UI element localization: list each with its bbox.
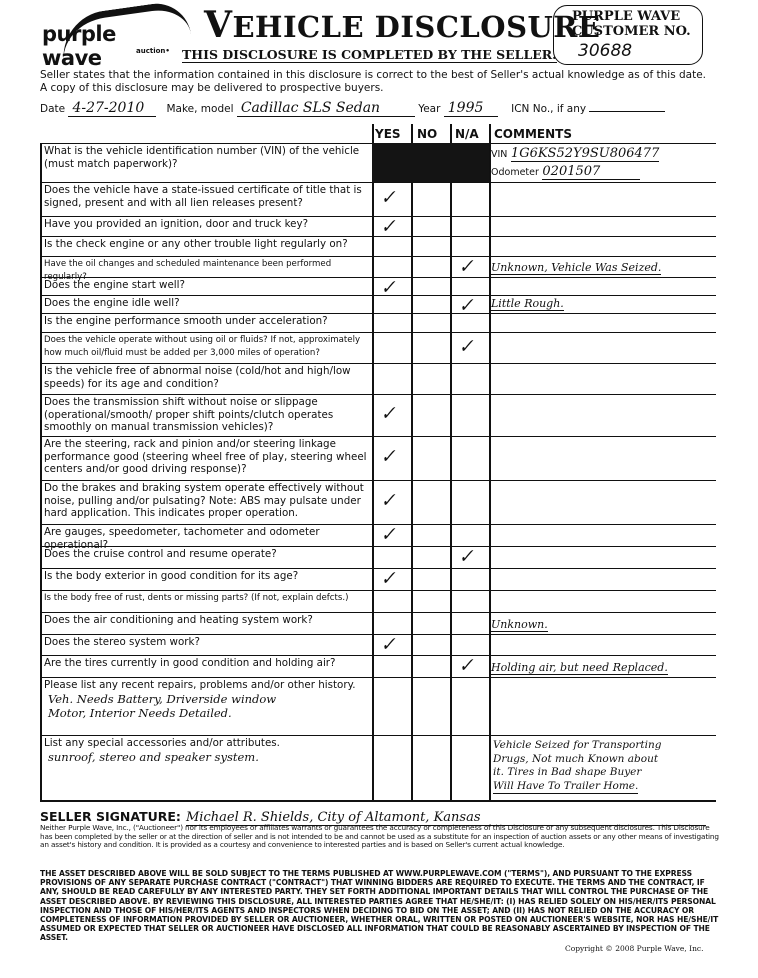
answer-cell-yes[interactable]: ✓	[372, 568, 411, 590]
answer-cell-no[interactable]	[411, 277, 450, 295]
accessories-row: List any special accessories and/or attr…	[40, 735, 716, 802]
comment-field[interactable]: Unknown, Vehicle Was Seized.	[491, 261, 661, 275]
answer-cell-yes[interactable]	[372, 612, 411, 634]
question-text: Are the steering, rack and pinion and/or…	[44, 438, 370, 476]
answer-cell-na[interactable]: ✓	[450, 546, 489, 568]
terms-text: THE ASSET DESCRIBED ABOVE WILL BE SOLD S…	[40, 869, 720, 943]
checkmark-icon: ✓	[458, 255, 478, 278]
answer-cell-na	[450, 143, 489, 182]
checkmark-icon: ✓	[458, 654, 478, 677]
answer-cell-na[interactable]	[450, 590, 489, 612]
answer-cell-na[interactable]: ✓	[450, 256, 489, 277]
vin-field[interactable]: 1G6KS52Y9SU806477	[511, 146, 659, 162]
odometer-label: Odometer	[491, 167, 539, 178]
answer-cell-na[interactable]	[450, 612, 489, 634]
make-model-label: Make, model	[166, 103, 233, 115]
page-subtitle: THIS DISCLOSURE IS COMPLETED BY THE SELL…	[182, 47, 557, 63]
table-row: Are the steering, rack and pinion and/or…	[40, 436, 716, 481]
question-text: Does the air conditioning and heating sy…	[44, 614, 370, 627]
intro-statement: Seller states that the information conta…	[40, 69, 758, 94]
table-header-row	[40, 124, 716, 144]
answer-cell-na[interactable]	[450, 436, 489, 480]
table-row: Does the vehicle operate without using o…	[40, 332, 716, 364]
checkmark-icon: ✓	[458, 545, 478, 568]
answer-cell-yes[interactable]	[372, 256, 411, 277]
question-text: What is the vehicle identification numbe…	[44, 145, 370, 170]
answer-cell-yes[interactable]	[372, 546, 411, 568]
checkmark-icon: ✓	[380, 567, 400, 590]
purple-wave-logo: purple wave auction•	[40, 8, 180, 58]
answer-cell-no[interactable]	[411, 546, 450, 568]
comment-field[interactable]: Holding air, but need Replaced.	[491, 661, 668, 675]
question-text: Does the transmission shift without nois…	[44, 396, 370, 434]
answer-cell-yes[interactable]: ✓	[372, 524, 411, 546]
vin-entry: VIN 1G6KS52Y9SU806477	[491, 146, 659, 161]
answer-cell-yes[interactable]	[372, 655, 411, 677]
table-row: Does the vehicle have a state-issued cer…	[40, 182, 716, 217]
table-row: Is the body free of rust, dents or missi…	[40, 590, 716, 613]
answer-cell-no[interactable]	[411, 590, 450, 612]
table-row: Does the air conditioning and heating sy…	[40, 612, 716, 635]
vin-label: VIN	[491, 149, 507, 160]
answer-cell-yes[interactable]	[372, 236, 411, 256]
customer-box-label-2: CUSTOMER NO.	[572, 24, 691, 39]
answer-cell-yes[interactable]: ✓	[372, 634, 411, 655]
answer-cell-no[interactable]	[411, 612, 450, 634]
answer-cell-no[interactable]	[411, 394, 450, 436]
answer-cell-yes[interactable]: ✓	[372, 182, 411, 216]
logo-subtext: auction•	[136, 47, 170, 55]
table-row: Have the oil changes and scheduled maint…	[40, 256, 716, 278]
customer-number-field[interactable]: 30688	[578, 41, 632, 61]
icn-field[interactable]	[589, 111, 665, 112]
question-text: Does the vehicle operate without using o…	[44, 334, 370, 359]
answer-cell-na[interactable]	[450, 568, 489, 590]
table-row: Does the transmission shift without nois…	[40, 394, 716, 437]
answer-cell-na[interactable]	[450, 394, 489, 436]
disclaimer-text: Neither Purple Wave, Inc., ("Auctioneer"…	[40, 824, 720, 850]
question-text: Is the body free of rust, dents or missi…	[44, 592, 370, 605]
copyright-text: Copyright © 2008 Purple Wave, Inc.	[565, 944, 704, 953]
answer-cell-no[interactable]	[411, 256, 450, 277]
answer-cell-na[interactable]	[450, 524, 489, 546]
answer-cell-no[interactable]	[411, 295, 450, 313]
question-text: Does the engine start well?	[44, 279, 370, 292]
checkmark-icon: ✓	[380, 633, 400, 656]
repairs-label: Please list any recent repairs, problems…	[44, 679, 370, 692]
question-text: Does the cruise control and resume opera…	[44, 548, 370, 561]
page-title: VEHICLE DISCLOSURE	[204, 4, 601, 46]
question-text: Is the engine performance smooth under a…	[44, 315, 370, 328]
answer-cell-na[interactable]	[450, 236, 489, 256]
answer-cell-na[interactable]	[450, 634, 489, 655]
answer-cell-yes[interactable]	[372, 590, 411, 612]
accessories-comment-field[interactable]: Vehicle Seized for TransportingDrugs, No…	[493, 739, 661, 794]
answer-cell-no[interactable]	[411, 524, 450, 546]
answer-cell-no[interactable]	[411, 655, 450, 677]
answer-cell-no[interactable]	[411, 236, 450, 256]
table-row: Are gauges, speedometer, tachometer and …	[40, 524, 716, 547]
question-text: Are the tires currently in good conditio…	[44, 657, 370, 670]
table-row: Do the brakes and braking system operate…	[40, 480, 716, 525]
answer-cell-na[interactable]	[450, 480, 489, 524]
answer-cell-yes[interactable]	[372, 332, 411, 363]
year-field[interactable]: 1995	[444, 100, 498, 117]
icn-label: ICN No., if any	[511, 103, 586, 115]
question-text: Does the stereo system work?	[44, 636, 370, 649]
table-row: Is the engine performance smooth under a…	[40, 313, 716, 333]
table-row: Does the stereo system work?✓	[40, 634, 716, 656]
question-text: Is the vehicle free of abnormal noise (c…	[44, 365, 370, 390]
question-text: Have you provided an ignition, door and …	[44, 218, 370, 231]
answer-cell-yes[interactable]: ✓	[372, 216, 411, 236]
table-row: Have you provided an ignition, door and …	[40, 216, 716, 237]
checkmark-icon: ✓	[458, 334, 478, 357]
repairs-row: Please list any recent repairs, problems…	[40, 677, 716, 736]
accessories-field[interactable]: sunroof, stereo and speaker system.	[48, 750, 259, 764]
answer-cell-no[interactable]	[411, 363, 450, 394]
table-row: Is the check engine or any other trouble…	[40, 236, 716, 257]
checkmark-icon: ✓	[380, 402, 400, 425]
question-text: Do the brakes and braking system operate…	[44, 482, 370, 520]
answer-cell-na[interactable]	[450, 313, 489, 332]
checkmark-icon: ✓	[380, 523, 400, 546]
answer-cell-no[interactable]	[411, 634, 450, 655]
answer-cell-na[interactable]: ✓	[450, 295, 489, 313]
odometer-entry: Odometer 0201507	[491, 164, 640, 179]
checkmark-icon: ✓	[380, 186, 400, 209]
date-label: Date	[40, 103, 65, 115]
answer-cell-no[interactable]	[411, 313, 450, 332]
question-text: Is the body exterior in good condition f…	[44, 570, 370, 583]
customer-number-box: PURPLE WAVECUSTOMER NO. 30688	[553, 5, 703, 65]
answer-cell-yes	[372, 143, 411, 182]
year-label: Year	[418, 103, 440, 115]
answer-cell-na[interactable]	[450, 363, 489, 394]
table-row: What is the vehicle identification numbe…	[40, 143, 716, 183]
answer-cell-no[interactable]	[411, 216, 450, 236]
answer-cell-no[interactable]	[411, 182, 450, 216]
customer-box-label-1: PURPLE WAVE	[572, 9, 680, 24]
answer-cell-no[interactable]	[411, 332, 450, 363]
answer-cell-na[interactable]	[450, 277, 489, 295]
question-text: Does the vehicle have a state-issued cer…	[44, 184, 370, 209]
answer-cell-na[interactable]: ✓	[450, 655, 489, 677]
question-text: Does the engine idle well?	[44, 297, 370, 310]
answer-cell-no	[411, 143, 450, 182]
table-row: Are the tires currently in good conditio…	[40, 655, 716, 678]
answer-cell-na[interactable]	[450, 182, 489, 216]
answer-cell-no[interactable]	[411, 568, 450, 590]
answer-cell-yes[interactable]: ✓	[372, 277, 411, 295]
answer-cell-yes[interactable]	[372, 313, 411, 332]
checkmark-icon: ✓	[380, 445, 400, 468]
checkmark-icon: ✓	[380, 489, 400, 512]
vehicle-meta-row: Date 4-27-2010 Make, model Cadillac SLS …	[40, 100, 665, 117]
answer-cell-na[interactable]: ✓	[450, 332, 489, 363]
answer-cell-no[interactable]	[411, 436, 450, 480]
logo-text: purple wave	[42, 22, 180, 70]
table-row: Does the cruise control and resume opera…	[40, 546, 716, 569]
answer-cell-yes[interactable]: ✓	[372, 436, 411, 480]
question-text: Is the check engine or any other trouble…	[44, 238, 370, 251]
answer-cell-yes[interactable]	[372, 363, 411, 394]
answer-cell-na[interactable]	[450, 216, 489, 236]
comment-field[interactable]: Unknown.	[491, 618, 548, 632]
checkmark-icon: ✓	[380, 215, 400, 238]
odometer-field[interactable]: 0201507	[542, 164, 640, 180]
seller-signature-label: SELLER SIGNATURE:	[40, 809, 181, 824]
repairs-field[interactable]: Veh. Needs Battery, Driverside windowMot…	[48, 692, 276, 720]
make-model-field[interactable]: Cadillac SLS Sedan	[237, 100, 415, 117]
table-row: Is the body exterior in good condition f…	[40, 568, 716, 591]
table-row: Does the engine idle well?✓Little Rough.	[40, 295, 716, 314]
answer-cell-yes[interactable]: ✓	[372, 480, 411, 524]
answer-cell-yes[interactable]	[372, 295, 411, 313]
accessories-label: List any special accessories and/or attr…	[44, 737, 370, 750]
table-row: Does the engine start well?✓	[40, 277, 716, 296]
comment-field[interactable]: Little Rough.	[491, 297, 564, 311]
date-field[interactable]: 4-27-2010	[68, 100, 156, 117]
answer-cell-no[interactable]	[411, 480, 450, 524]
table-row: Is the vehicle free of abnormal noise (c…	[40, 363, 716, 395]
answer-cell-yes[interactable]: ✓	[372, 394, 411, 436]
